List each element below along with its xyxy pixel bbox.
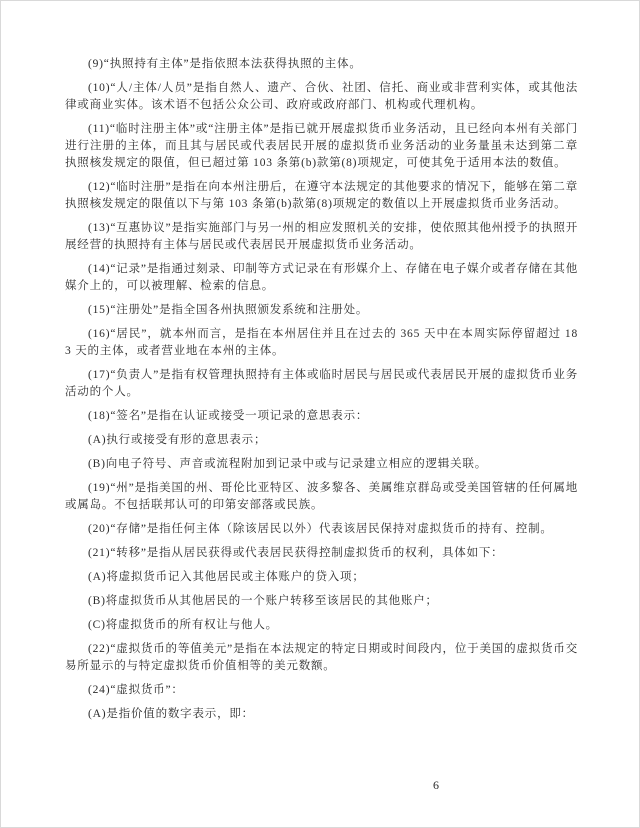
paragraph-def-15: (15)“注册处”是指全国各州执照颁发系统和注册处。 [65, 302, 578, 319]
paragraph-def-18-item-b: (B)向电子符号、声音或流程附加到记录中或与记录建立相应的逻辑关联。 [65, 456, 578, 473]
paragraph-def-22: (22)“虚拟货币的等值美元”是指在本法规定的特定日期或时间段内，位于美国的虚拟… [65, 641, 578, 675]
paragraph-def-11: (11)“临时注册主体”或“注册主体”是指已就开展虚拟货币业务活动，且已经向本州… [65, 121, 578, 172]
paragraph-def-19: (19)“州”是指美国的州、哥伦比亚特区、波多黎各、美属维京群岛或受美国管辖的任… [65, 480, 578, 514]
page-number: 6 [433, 778, 439, 792]
paragraph-def-20: (20)“存储”是指任何主体（除该居民以外）代表该居民保持对虚拟货币的持有、控制… [65, 521, 578, 538]
paragraph-def-24-item-a: (A)是指价值的数字表示，即： [65, 706, 578, 723]
paragraph-def-21-item-a: (A)将虚拟货币记入其他居民或主体账户的贷入项； [65, 569, 578, 586]
document-body: (9)“执照持有主体”是指依照本法获得执照的主体。 (10)“人/主体/人员”是… [65, 56, 578, 730]
paragraph-def-18-item-a: (A)执行或接受有形的意思表示； [65, 432, 578, 449]
paragraph-def-14: (14)“记录”是指通过刻录、印制等方式记录在有形媒介上、存储在电子媒介或者存储… [65, 261, 578, 295]
paragraph-def-18: (18)“签名”是指在认证或接受一项记录的意思表示： [65, 408, 578, 425]
paragraph-def-17: (17)“负责人”是指有权管理执照持有主体或临时居民与居民或代表居民开展的虚拟货… [65, 367, 578, 401]
document-page: (9)“执照持有主体”是指依照本法获得执照的主体。 (10)“人/主体/人员”是… [0, 0, 640, 828]
paragraph-def-21-item-b: (B)将虚拟货币从其他居民的一个账户转移至该居民的其他账户； [65, 593, 578, 610]
paragraph-def-21: (21)“转移”是指从居民获得或代表居民获得控制虚拟货币的权利，具体如下： [65, 545, 578, 562]
paragraph-def-9: (9)“执照持有主体”是指依照本法获得执照的主体。 [65, 56, 578, 73]
paragraph-def-24: (24)“虚拟货币”： [65, 682, 578, 699]
paragraph-def-13: (13)“互惠协议”是指实施部门与另一州的相应发照机关的安排，使依照其他州授予的… [65, 220, 578, 254]
paragraph-def-16: (16)“居民”，就本州而言，是指在本州居住并且在过去的 365 天中在本周实际… [65, 326, 578, 360]
paragraph-def-12: (12)“临时注册”是指在向本州注册后，在遵守本法规定的其他要求的情况下，能够在… [65, 179, 578, 213]
paragraph-def-21-item-c: (C)将虚拟货币的所有权让与他人。 [65, 617, 578, 634]
paragraph-def-10: (10)“人/主体/人员”是指自然人、遗产、合伙、社团、信托、商业或非营利实体，… [65, 80, 578, 114]
